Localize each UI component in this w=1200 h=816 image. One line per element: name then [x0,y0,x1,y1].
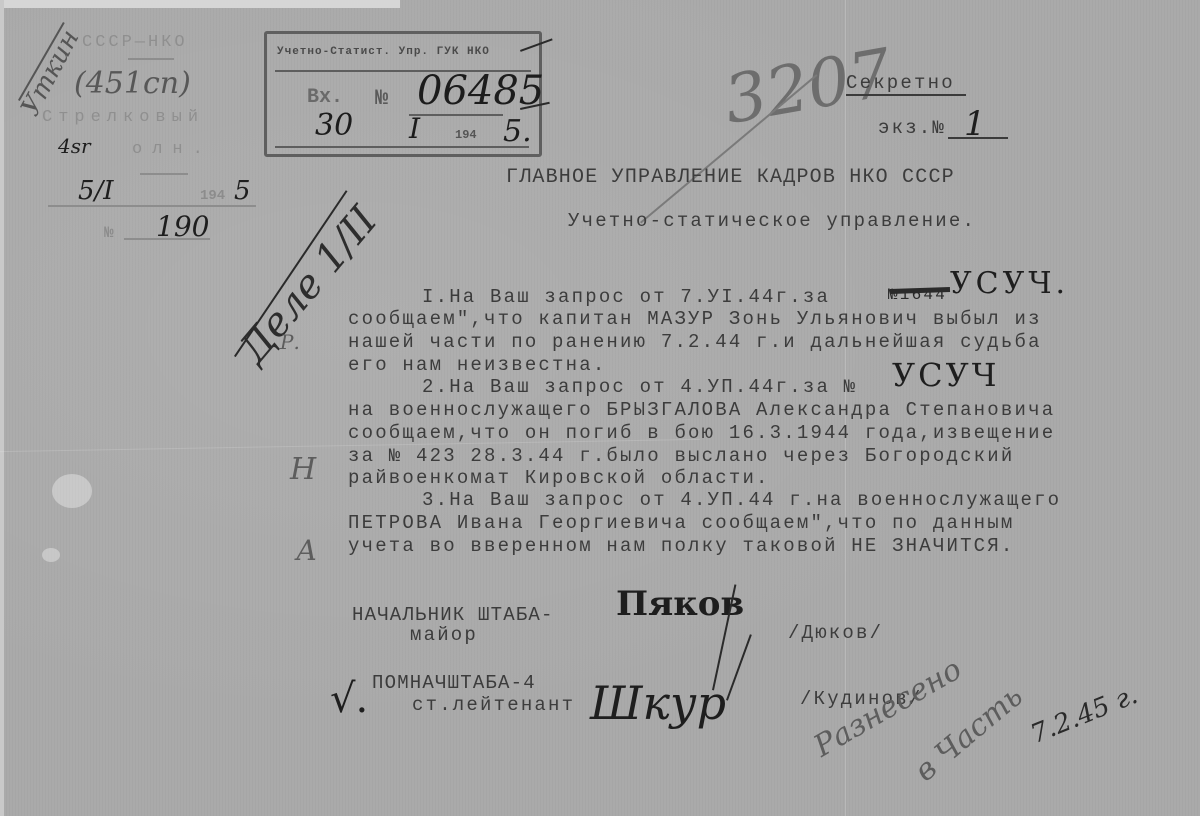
incoming-year-hand: 5. [503,114,532,149]
stamp-year-print: 194 [200,188,225,204]
stamp-line-1: СССР—НКО [82,33,188,52]
incoming-year-print: 194 [455,128,477,142]
stamp-line-2: Стрелковый [42,108,204,127]
heading-sub: Учетно-статическое управление. [568,210,976,232]
paragraph-2-line-1: 2.На Ваш запрос от 4.УП.44г.за № [422,376,857,398]
paper-damage [52,474,92,508]
incoming-month: I [409,112,420,145]
signature-stroke [726,634,752,700]
stamp-year-handwritten: 5 [234,176,251,206]
signatory-2-title: ПОМНАЧШТАБА-4 [372,672,536,694]
paragraph-1-line-1: I.На Ваш запрос от 7.УI.44г.за [422,286,830,308]
incoming-registration-stamp: Учетно-Статист. Упр. ГУК НКО Вх. № 06485… [264,31,542,157]
signatory-2-rank: ст.лейтенант [412,694,575,716]
heading-main: ГЛАВНОЕ УПРАВЛЕНИЕ КАДРОВ НКО СССР [506,166,955,189]
signatory-1-name: /Дюков/ [788,622,883,644]
paper-damage [42,548,60,562]
paragraph-1-line-3: нашей части по ранению 7.2.44 г.и дальне… [348,331,1042,353]
stamp-rule [409,114,503,116]
classification-underline [846,94,966,96]
stamp-rule [275,146,529,148]
margin-mark-r: Р. [280,330,300,354]
paragraph-1-line-2: сообщаем",что капитан МАЗУР Зонь Ульянов… [348,308,1042,330]
signatory-2-signature: Шкур [590,676,726,730]
stamp-rule [48,205,256,207]
paragraph-1-line-4: его нам неизвестна. [348,354,606,376]
margin-mark-n: Н [290,452,316,487]
stamp-out-handwritten: 4sr [58,134,91,158]
copy-label: экз.№ [878,117,946,139]
stamp-line-3: олн. [132,140,213,159]
paragraph-2-handwritten-ref: УСУЧ [892,356,999,394]
paragraph-2-line-3: сообщаем,что он погиб в бою 16.3.1944 го… [348,422,1055,444]
document-page: Уткин СССР—НКО (451сп) Стрелковый 4sr ол… [0,0,1200,816]
stamp-rule [128,58,174,60]
paragraph-3-line-1: 3.На Ваш запрос от 4.УП.44 г.на военносл… [422,489,1061,511]
incoming-day: 30 [315,108,353,143]
stamp-no-label: № [375,86,388,111]
stamp-rule [124,238,210,240]
signatory-1-title: НАЧАЛЬНИК ШТАБА- [352,604,554,626]
stamp-number-prefix: № [104,224,114,242]
paragraph-2-line-5: райвоенкомат Кировской области. [348,467,770,489]
stamp-unit-handwritten: (451сп) [74,66,191,101]
stamp-vx-label: Вх. [307,86,343,109]
resolution-date: 7.2.45 г. [1026,680,1141,750]
paragraph-3-line-2: ПЕТРОВА Ивана Георгиевича сообщаем",что … [348,512,1015,534]
paragraph-2-line-2: на военнослужащего БРЫЗГАЛОВА Александра… [348,399,1055,421]
paragraph-2-line-4: за № 423 28.3.44 г.было выслано через Бо… [348,445,1015,467]
classification-label: Секретно [846,72,955,94]
margin-mark-a: А [296,534,317,567]
paragraph-1-handwritten-ref: УСУЧ. [950,266,1069,301]
paper-edge [0,0,400,8]
paper-edge-left [0,0,4,816]
signatory-1-signature: Пяков [616,584,744,624]
paragraph-3-line-3: учета во вверенном нам полку таковой НЕ … [348,535,1015,557]
stamp-date-handwritten: 5/I [78,176,114,206]
copy-underline [948,137,1008,139]
check-mark: √. [330,676,368,722]
signatory-1-rank: майор [410,624,478,646]
stamp-header: Учетно-Статист. Упр. ГУК НКО [277,46,490,58]
stamp-rule [140,173,188,175]
